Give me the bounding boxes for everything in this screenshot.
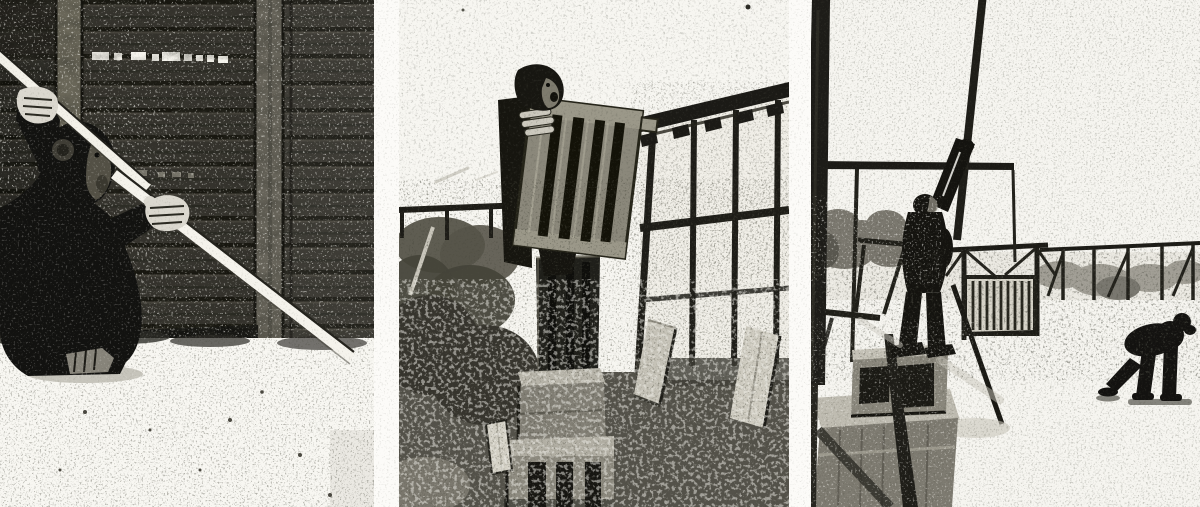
paper-grain-overlay <box>0 0 1200 507</box>
triptych-svg <box>0 0 1200 507</box>
scanned-photo-triptych <box>0 0 1200 507</box>
